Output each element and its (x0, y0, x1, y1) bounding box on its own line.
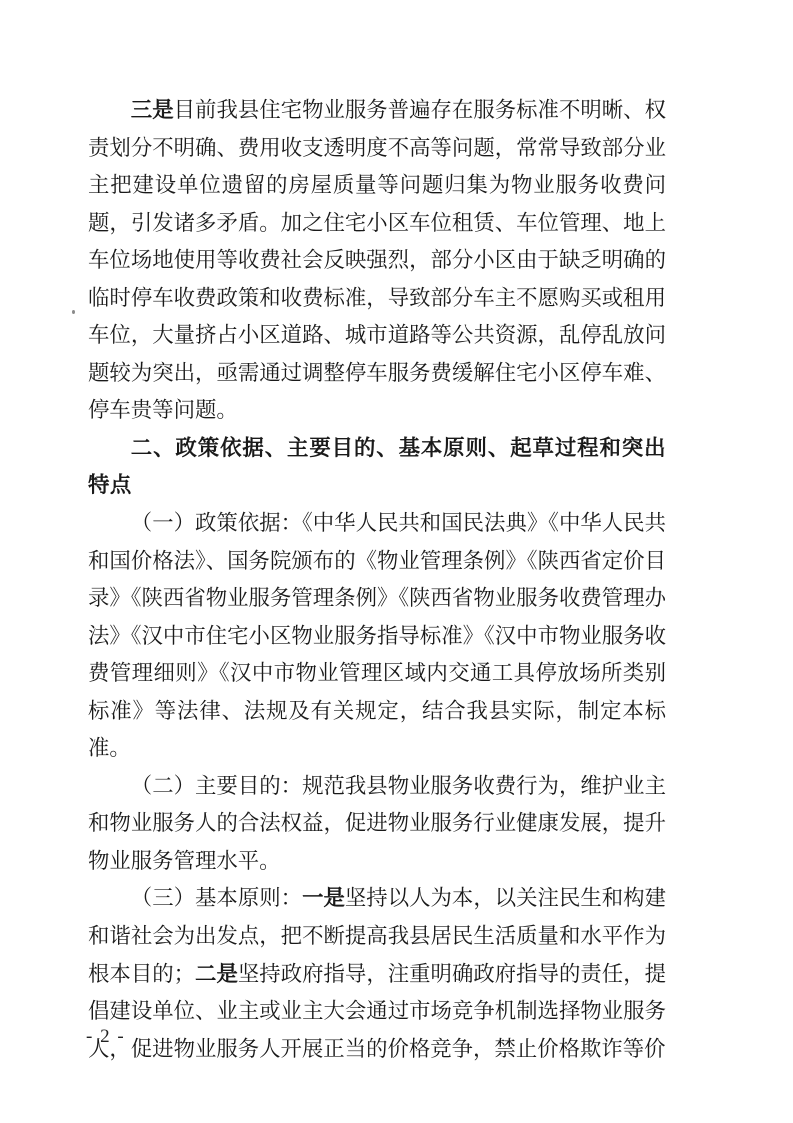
body-text: （二）主要目的：规范我县物业服务收费行为，维护业主和物业服务人的合法权益，促进物… (88, 774, 666, 873)
document-page: 三是目前我县住宅物业服务普遍存在服务标准不明晰、权责划分不明确、费用收支透明度不… (0, 0, 793, 1123)
emphasis-first-point: 一是 (302, 886, 345, 910)
paragraph-main-purpose: （二）主要目的：规范我县物业服务收费行为，维护业主和物业服务人的合法权益，促进物… (88, 768, 666, 881)
body-text: （一）政策依据：《中华人民共和国民法典》《中华人民共和国价格法》、国务院颁布的《… (88, 511, 666, 760)
page-number: - 2 - (86, 1026, 125, 1048)
body-text: 目前我县住宅物业服务普遍存在服务标准不明晰、权责划分不明确、费用收支透明度不高等… (88, 98, 666, 422)
emphasis-third-point: 三是 (131, 98, 174, 122)
document-content: 三是目前我县住宅物业服务普遍存在服务标准不明晰、权责划分不明确、费用收支透明度不… (88, 92, 666, 1068)
scan-speck (287, 1046, 290, 1049)
section-heading-text: 二、政策依据、主要目的、基本原则、起草过程和突出特点 (88, 436, 666, 498)
paragraph-overview-issues: 三是目前我县住宅物业服务普遍存在服务标准不明晰、权责划分不明确、费用收支透明度不… (88, 92, 666, 430)
section-heading: 二、政策依据、主要目的、基本原则、起草过程和突出特点 (88, 430, 666, 505)
paragraph-basic-principles: （三）基本原则：一是坚持以人为本，以关注民生和构建和谐社会为出发点，把不断提高我… (88, 880, 666, 1068)
emphasis-second-point: 二是 (195, 962, 238, 986)
scan-speck (72, 310, 75, 314)
body-text: （三）基本原则： (131, 886, 302, 910)
paragraph-policy-basis: （一）政策依据：《中华人民共和国民法典》《中华人民共和国价格法》、国务院颁布的《… (88, 505, 666, 768)
